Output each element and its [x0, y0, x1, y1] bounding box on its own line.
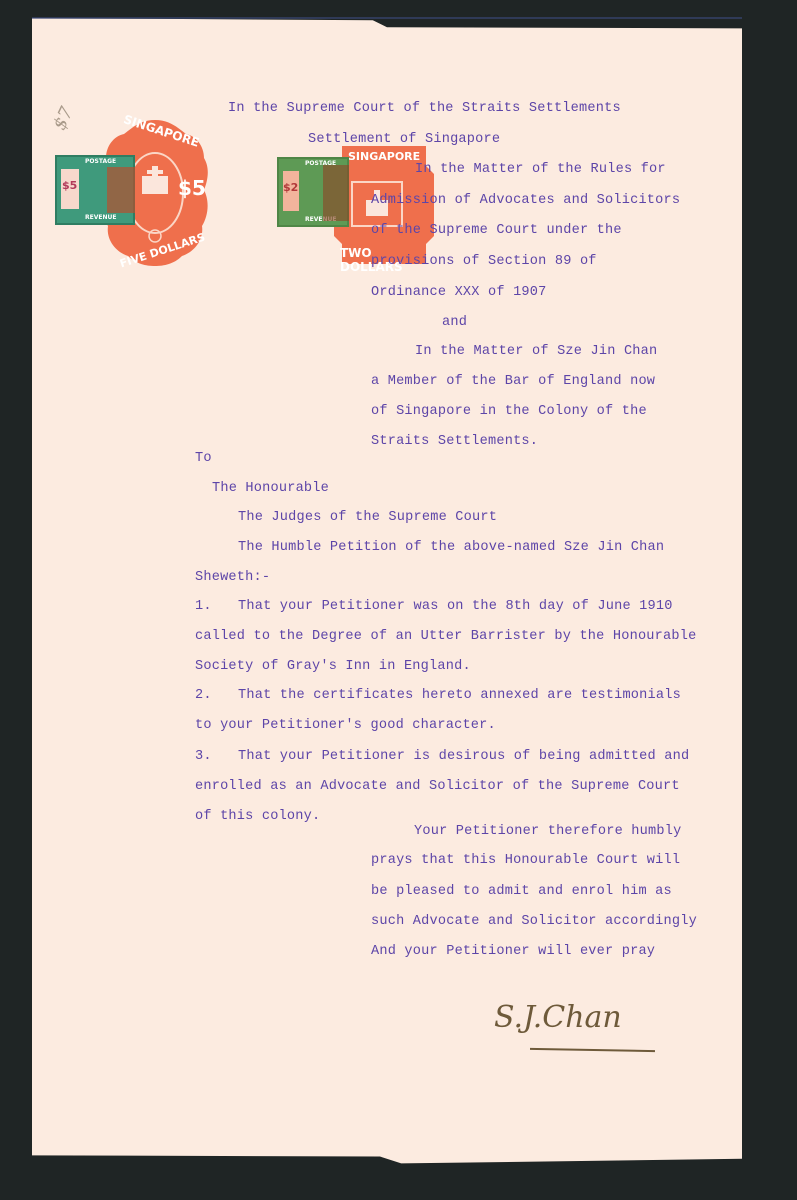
settlement-heading: Settlement of Singapore: [308, 132, 500, 148]
paragraph-number: 2.: [195, 688, 212, 704]
paragraph-line: That your Petitioner was on the 8th day …: [238, 599, 673, 615]
paragraph-line: called to the Degree of an Utter Barrist…: [195, 629, 696, 645]
paragraph-line: enrolled as an Advocate and Solicitor of…: [195, 779, 680, 795]
paragraph-line: of this colony.: [195, 809, 320, 825]
signature: S.J.Chan: [494, 1000, 622, 1035]
paragraph-line: That the certificates hereto annexed are…: [238, 688, 681, 704]
stamp2-adhesive-value: $2: [283, 181, 298, 194]
sheweth: Sheweth:-: [195, 570, 270, 586]
address-line: The Judges of the Supreme Court: [238, 510, 497, 526]
matter-line: of the Supreme Court under the: [371, 223, 622, 239]
stamp1-adhesive-value: $5: [62, 179, 77, 192]
cancellation-mark: [323, 165, 349, 221]
matter-line: In the Matter of Sze Jin Chan: [415, 344, 657, 360]
page-edge: [32, 17, 742, 19]
address-line: The Humble Petition of the above-named S…: [238, 540, 664, 556]
paragraph-number: 3.: [195, 749, 212, 765]
paragraph-number: 1.: [195, 599, 212, 615]
paragraph-line: Society of Gray's Inn in England.: [195, 659, 471, 675]
matter-line: Straits Settlements.: [371, 434, 538, 450]
matter-line: Ordinance XXX of 1907: [371, 285, 547, 301]
stamp1-adhesive-bottom: REVENUE: [85, 214, 116, 221]
adhesive-stamp-2: $2 POSTAGE REVENUE: [277, 157, 349, 227]
stamp1-adhesive-top: POSTAGE: [85, 158, 116, 165]
adhesive-stamp-1: $5 POSTAGE REVENUE: [55, 155, 135, 225]
paragraph-line: to your Petitioner's good character.: [195, 718, 496, 734]
prayer-line: such Advocate and Solicitor accordingly: [371, 914, 697, 930]
stamp2-top-text: SINGAPORE: [348, 150, 420, 163]
matter-line: and: [442, 315, 467, 331]
matter-line: Admission of Advocates and Solicitors: [371, 193, 680, 209]
address-to: To: [195, 451, 212, 467]
matter-line: a Member of the Bar of England now: [371, 374, 655, 390]
prayer-line: be pleased to admit and enrol him as: [371, 884, 672, 900]
matter-line: In the Matter of the Rules for: [415, 162, 666, 178]
prayer-line: Your Petitioner therefore humbly: [414, 824, 681, 840]
matter-line: of Singapore in the Colony of the: [371, 404, 647, 420]
stamp1-value: $5: [178, 176, 206, 200]
prayer-line: prays that this Honourable Court will: [371, 853, 680, 869]
cancellation-mark: [107, 167, 135, 213]
court-heading: In the Supreme Court of the Straits Sett…: [228, 101, 621, 117]
matter-line: provisions of Section 89 of: [371, 254, 597, 270]
paragraph-line: That your Petitioner is desirous of bein…: [238, 749, 689, 765]
prayer-line: And your Petitioner will ever pray: [371, 944, 655, 960]
address-line: The Honourable: [212, 481, 329, 497]
